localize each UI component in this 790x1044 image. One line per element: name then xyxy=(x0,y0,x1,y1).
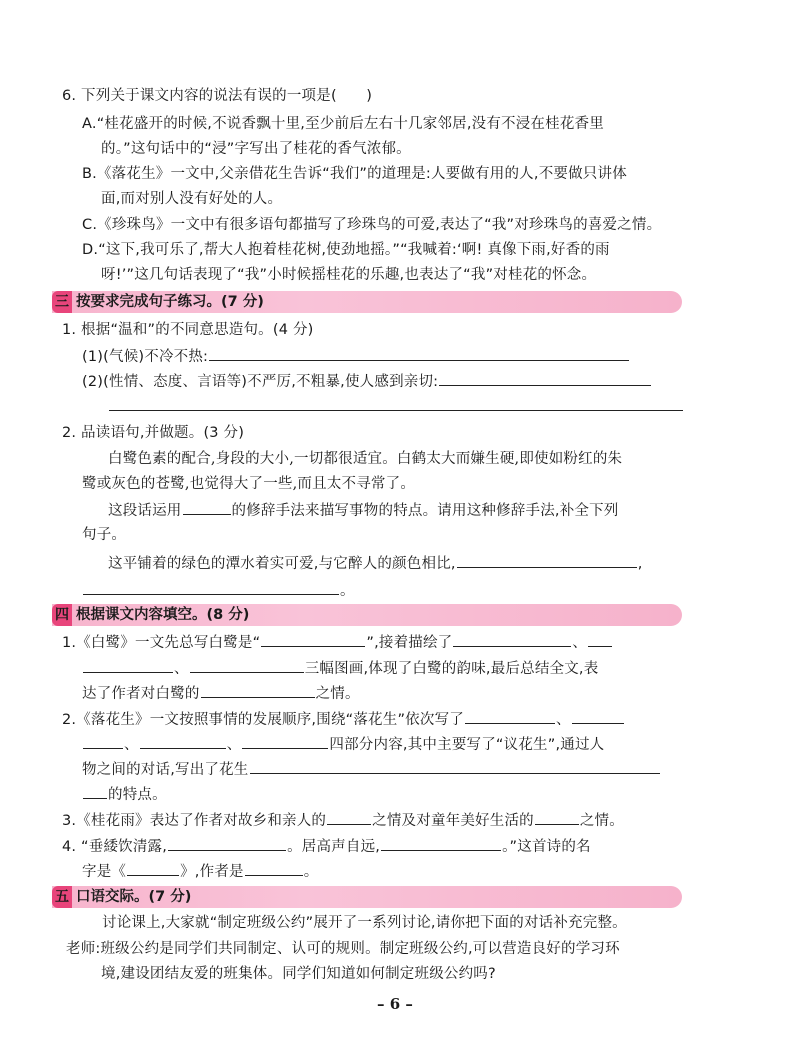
s4-q4-line2: 字是《》,作者是。 xyxy=(82,861,318,881)
option-text: 《落花生》一文中,父亲借花生告诉“我们”的道理是:人要做有用的人,不要做只讲体 xyxy=(97,166,627,182)
answer-blank[interactable] xyxy=(168,836,286,851)
answer-blank[interactable] xyxy=(83,580,339,595)
s4-q4-line1: 4. “垂緌饮清露,。居高声自远,。”这首诗的名 xyxy=(62,836,591,856)
sub-question-text: (2)(性情、态度、言语等)不严厉,不粗暴,使人感到亲切: xyxy=(82,374,438,390)
section-4-header: 四 根据课文内容填空。(8 分) xyxy=(52,604,682,626)
answer-blank[interactable] xyxy=(127,861,179,876)
answer-blank[interactable] xyxy=(109,396,683,411)
q6-option-a-cont: 的。”这句话中的“浸”字写出了桂花的香气浓郁。 xyxy=(101,139,411,159)
answer-blank[interactable] xyxy=(261,632,365,647)
section-title: 口语交际。(7 分) xyxy=(76,886,191,908)
answer-blank[interactable] xyxy=(83,784,107,799)
answer-blank[interactable] xyxy=(209,346,629,361)
s3-q1-sub2-cont xyxy=(108,396,684,416)
question-text: ”,接着描绘了 xyxy=(366,635,452,651)
option-label: B. xyxy=(82,166,97,182)
question-text: 之情。 xyxy=(316,686,360,702)
answer-blank[interactable] xyxy=(245,861,303,876)
question-text: 3.《桂花雨》表达了作者对故乡和亲人的 xyxy=(62,813,326,829)
answer-blank[interactable] xyxy=(83,658,173,673)
section-5-header: 五 口语交际。(7 分) xyxy=(52,886,682,908)
punctuation: , xyxy=(638,556,643,572)
option-text: 《珍珠鸟》一文中有很多语句都描写了珍珠鸟的可爱,表达了“我”对珍珠鸟的喜爱之情。 xyxy=(97,217,661,233)
answer-blank[interactable] xyxy=(183,500,231,515)
question-text: 字是《 xyxy=(82,864,126,880)
question-text: 物之间的对话,写出了花生 xyxy=(82,762,249,778)
question-text: 。居高声自远, xyxy=(287,839,380,855)
answer-blank[interactable] xyxy=(140,734,226,749)
punctuation: 。 xyxy=(340,583,355,599)
s3-q2-passage-1: 白鹭色素的配合,身段的大小,一切都很适宜。白鹤太大而嫌生硬,即使如粉红的朱 xyxy=(108,449,622,469)
s4-q2-line4: 的特点。 xyxy=(82,784,167,804)
answer-blank[interactable] xyxy=(453,632,571,647)
answer-blank[interactable] xyxy=(439,371,651,386)
answer-blank[interactable] xyxy=(190,658,304,673)
answer-blank[interactable] xyxy=(457,553,637,568)
page-number: – 6 – xyxy=(0,995,790,1013)
q6-option-b-cont: 面,而对别人没有好处的人。 xyxy=(101,189,282,209)
s4-q1-line1: 1.《白鹭》一文先总写白鹭是“”,接着描绘了、 xyxy=(62,632,613,652)
s5-teacher-line1: 老师:班级公约是同学们共同制定、认可的规则。制定班级公约,可以营造良好的学习环 xyxy=(66,939,620,959)
s4-q2-line2: 、、四部分内容,其中主要写了“议花生”,通过人 xyxy=(82,734,604,754)
punctuation: 、 xyxy=(227,737,242,753)
option-label: D. xyxy=(82,242,98,258)
sub-question-text: (1)(气候)不冷不热: xyxy=(82,349,208,365)
question-text: 。 xyxy=(304,864,319,880)
section-number: 四 xyxy=(52,604,72,626)
punctuation: 、 xyxy=(556,712,571,728)
question-text: 之情及对童年美好生活的 xyxy=(372,813,534,829)
section-number: 五 xyxy=(52,886,72,908)
answer-blank[interactable] xyxy=(588,632,612,647)
answer-blank[interactable] xyxy=(572,709,624,724)
punctuation: 、 xyxy=(572,635,587,651)
s3-q1-stem: 1. 根据“温和”的不同意思造句。(4 分) xyxy=(62,320,314,340)
s3-q1-sub1: (1)(气候)不冷不热: xyxy=(82,346,630,366)
question-text: 。”这首诗的名 xyxy=(502,839,591,855)
answer-blank[interactable] xyxy=(242,734,328,749)
punctuation: 、 xyxy=(174,661,189,677)
punctuation: 、 xyxy=(124,737,139,753)
q6-option-d-cont: 呀!’”这几句话表现了“我”小时候摇桂花的乐趣,也表达了“我”对桂花的怀念。 xyxy=(101,265,596,285)
question-text: 的特点。 xyxy=(108,787,167,803)
question-text: 1.《白鹭》一文先总写白鹭是“ xyxy=(62,635,260,651)
q6-option-c: C.《珍珠鸟》一文中有很多语句都描写了珍珠鸟的可爱,表达了“我”对珍珠鸟的喜爱之… xyxy=(82,215,661,235)
question-text: 达了作者对白鹭的 xyxy=(82,686,200,702)
answer-blank[interactable] xyxy=(327,810,371,825)
answer-blank[interactable] xyxy=(250,759,660,774)
answer-blank[interactable] xyxy=(83,734,123,749)
option-text: “桂花盛开的时候,不说香飘十里,至少前后左右十几家邻居,没有不浸在桂花香里 xyxy=(97,116,604,132)
s4-q2-line3: 物之间的对话,写出了花生 xyxy=(82,759,661,779)
answer-blank[interactable] xyxy=(465,709,555,724)
s5-intro: 讨论课上,大家就“制定班级公约”展开了一系列讨论,请你把下面的对话补充完整。 xyxy=(102,913,627,933)
task-text: 这段话运用 xyxy=(108,503,182,519)
q6-option-b: B.《落花生》一文中,父亲借花生告诉“我们”的道理是:人要做有用的人,不要做只讲… xyxy=(82,164,627,184)
s3-q2-sentence: 这平铺着的绿色的潭水着实可爱,与它醉人的颜色相比,, xyxy=(108,553,643,573)
question-text: 4. “垂緌饮清露, xyxy=(62,839,167,855)
sentence-text: 这平铺着的绿色的潭水着实可爱,与它醉人的颜色相比, xyxy=(108,556,456,572)
s3-q2-passage-2: 鹭或灰色的苍鹭,也觉得大了一些,而且太不寻常了。 xyxy=(82,474,415,494)
s3-q2-stem: 2. 品读语句,并做题。(3 分) xyxy=(62,423,244,443)
answer-blank[interactable] xyxy=(201,683,315,698)
question-text: 四部分内容,其中主要写了“议花生”,通过人 xyxy=(329,737,604,753)
s4-q1-line3: 达了作者对白鹭的之情。 xyxy=(82,683,360,703)
s4-q2-line1: 2.《落花生》一文按照事情的发展顺序,围绕“落花生”依次写了、 xyxy=(62,709,625,729)
question-text: 之情。 xyxy=(580,813,624,829)
question-text: 2.《落花生》一文按照事情的发展顺序,围绕“落花生”依次写了 xyxy=(62,712,464,728)
task-text: 的修辞手法来描写事物的特点。请用这种修辞手法,补全下列 xyxy=(232,503,619,519)
q6-option-a: A.“桂花盛开的时候,不说香飘十里,至少前后左右十几家邻居,没有不浸在桂花香里 xyxy=(82,114,604,134)
s4-q1-line2: 、三幅图画,体现了白鹭的韵味,最后总结全文,表 xyxy=(82,658,598,678)
q6-option-d: D.“这下,我可乐了,帮大人抱着桂花树,使劲地摇。”“我喊着:‘啊! 真像下雨,… xyxy=(82,240,610,260)
s4-q3: 3.《桂花雨》表达了作者对故乡和亲人的之情及对童年美好生活的之情。 xyxy=(62,810,624,830)
section-number: 三 xyxy=(52,291,72,313)
question-text: 》,作者是 xyxy=(180,864,244,880)
answer-blank[interactable] xyxy=(535,810,579,825)
option-label: A. xyxy=(82,116,97,132)
s3-q1-sub2: (2)(性情、态度、言语等)不严厉,不粗暴,使人感到亲切: xyxy=(82,371,652,391)
s5-teacher-line2: 境,建设团结友爱的班集体。同学们知道如何制定班级公约吗? xyxy=(101,964,496,984)
section-3-header: 三 按要求完成句子练习。(7 分) xyxy=(52,291,682,313)
question-text: 三幅图画,体现了白鹭的韵味,最后总结全文,表 xyxy=(305,661,599,677)
section-title: 根据课文内容填空。(8 分) xyxy=(76,604,249,626)
answer-blank[interactable] xyxy=(381,836,501,851)
s3-q2-task-cont: 句子。 xyxy=(82,525,126,545)
worksheet-page: 6. 下列关于课文内容的说法有误的一项是( ) A.“桂花盛开的时候,不说香飘十… xyxy=(0,0,790,1044)
option-text: “这下,我可乐了,帮大人抱着桂花树,使劲地摇。”“我喊着:‘啊! 真像下雨,好香… xyxy=(98,242,610,258)
s3-q2-task: 这段话运用的修辞手法来描写事物的特点。请用这种修辞手法,补全下列 xyxy=(108,500,619,520)
section-title: 按要求完成句子练习。(7 分) xyxy=(76,291,264,313)
s3-q2-sentence-cont: 。 xyxy=(82,580,355,600)
option-label: C. xyxy=(82,217,97,233)
q6-stem: 6. 下列关于课文内容的说法有误的一项是( ) xyxy=(62,86,372,106)
